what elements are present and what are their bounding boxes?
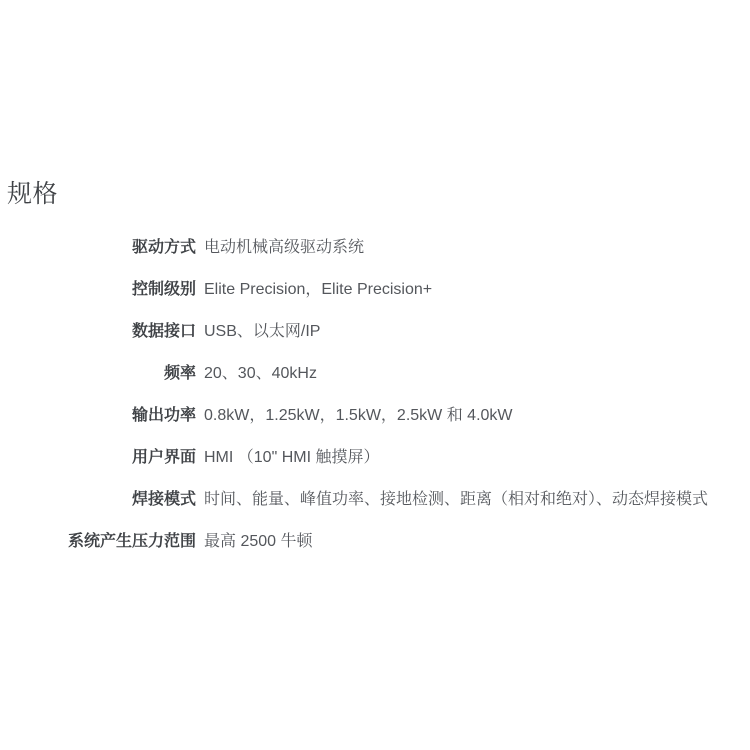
- table-row: 驱动方式 电动机械高级驱动系统: [0, 224, 750, 266]
- spec-value-frequency: 20、30、40kHz: [204, 360, 317, 383]
- spec-label-weld-modes: 焊接模式: [0, 486, 196, 509]
- table-row: 控制级别 Elite Precision，Elite Precision+: [0, 266, 750, 308]
- spec-label-user-interface: 用户界面: [0, 444, 196, 467]
- spec-table: 驱动方式 电动机械高级驱动系统 控制级别 Elite Precision，Eli…: [0, 224, 750, 560]
- table-row: 输出功率 0.8kW，1.25kW，1.5kW，2.5kW 和 4.0kW: [0, 392, 750, 434]
- table-row: 焊接模式 时间、能量、峰值功率、接地检测、距离（相对和绝对）、动态焊接模式: [0, 476, 750, 518]
- spec-label-data-interface: 数据接口: [0, 318, 196, 341]
- table-row: 数据接口 USB、以太网/IP: [0, 308, 750, 350]
- spec-label-frequency: 频率: [0, 360, 196, 383]
- spec-label-drive-method: 驱动方式: [0, 234, 196, 257]
- page-title: 规格: [7, 181, 58, 209]
- spec-value-data-interface: USB、以太网/IP: [204, 318, 320, 341]
- spec-value-weld-modes: 时间、能量、峰值功率、接地检测、距离（相对和绝对）、动态焊接模式: [204, 486, 708, 509]
- spec-label-force-range: 系统产生压力范围: [0, 528, 196, 551]
- spec-value-user-interface: HMI （10" HMI 触摸屏）: [204, 444, 379, 467]
- spec-label-output-power: 输出功率: [0, 402, 196, 425]
- spec-value-output-power: 0.8kW，1.25kW，1.5kW，2.5kW 和 4.0kW: [204, 402, 513, 425]
- table-row: 系统产生压力范围 最高 2500 牛顿: [0, 518, 750, 560]
- table-row: 频率 20、30、40kHz: [0, 350, 750, 392]
- spec-label-control-level: 控制级别: [0, 276, 196, 299]
- spec-value-force-range: 最高 2500 牛顿: [204, 528, 313, 551]
- spec-page: 规格 驱动方式 电动机械高级驱动系统 控制级别 Elite Precision，…: [0, 0, 750, 750]
- table-row: 用户界面 HMI （10" HMI 触摸屏）: [0, 434, 750, 476]
- spec-value-drive-method: 电动机械高级驱动系统: [204, 234, 364, 257]
- spec-value-control-level: Elite Precision，Elite Precision+: [204, 276, 432, 299]
